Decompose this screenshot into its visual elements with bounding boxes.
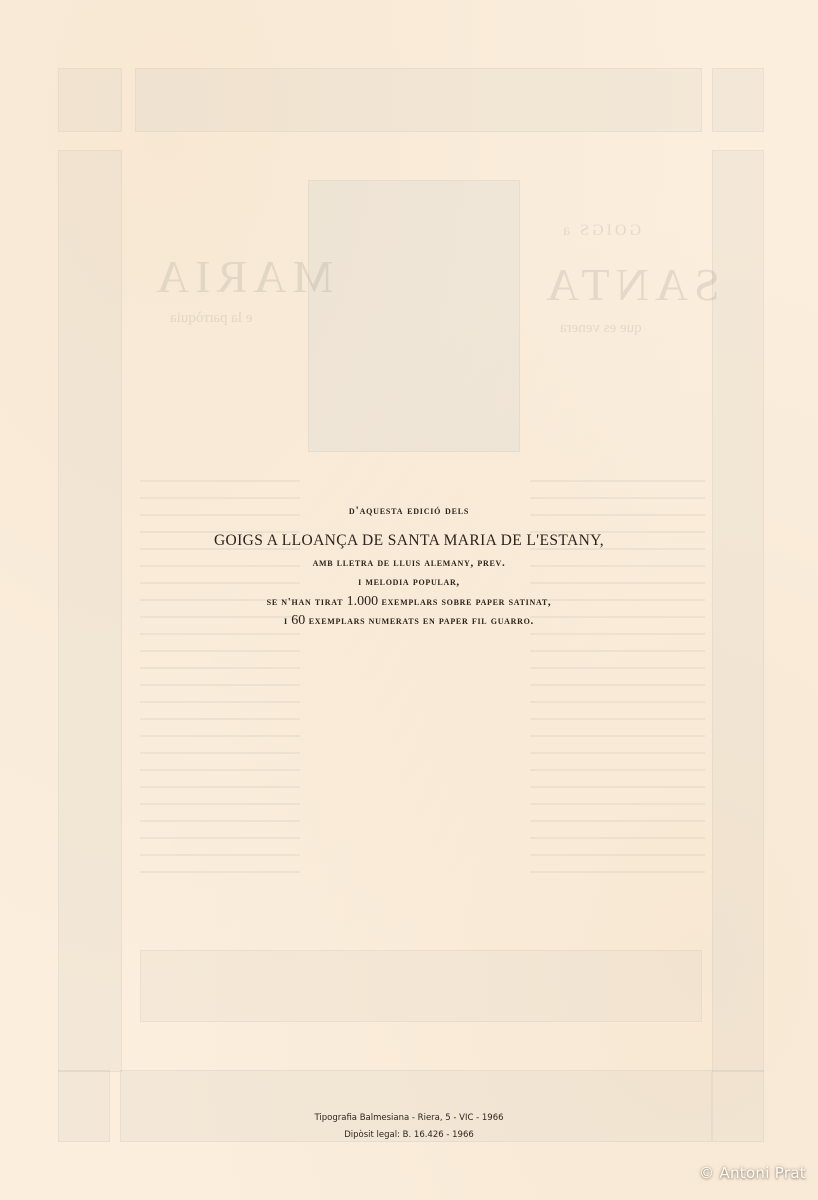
printer-address: Tipografia Balmesiana - Riera, 5 - VIC -…: [0, 1110, 818, 1127]
legal-deposit: Dipòsit legal: B. 16.426 - 1966: [0, 1127, 818, 1144]
numbered-copies-count: 60: [291, 613, 305, 628]
copyright-watermark: © Antoni Prat: [699, 1164, 806, 1182]
colophon-melody-line: i melodia popular,: [0, 573, 818, 592]
print-run-count: 1.000: [347, 594, 379, 609]
colophon-numbered-line: i 60 exemplars numerats en paper fil gua…: [0, 611, 818, 630]
colophon-text: amb lletra de lluis alemany, prev.: [313, 557, 506, 569]
show-through-text: que es venera: [560, 320, 642, 337]
colophon-text: exemplars sobre paper satinat,: [378, 596, 551, 608]
show-through-text: e la parròquia: [170, 310, 252, 327]
scanned-page: MARIA SANTA GOIGS a e la parròquia que e…: [0, 0, 818, 1200]
show-through-ornament: [712, 68, 764, 132]
colophon-text: se n'han tirat: [267, 596, 347, 608]
colophon-author-line: amb lletra de lluis alemany, prev.: [0, 554, 818, 573]
colophon-intro: d'aquesta edició dels: [0, 500, 818, 520]
show-through-text: SANTA: [540, 258, 720, 311]
colophon-print-run-line: se n'han tirat 1.000 exemplars sobre pap…: [0, 592, 818, 611]
show-through-ornament: [58, 68, 122, 132]
show-through-text: GOIGS a: [560, 222, 641, 240]
colophon-text: i melodia popular,: [358, 576, 460, 588]
show-through-text: MARIA: [150, 250, 333, 303]
printer-imprint: Tipografia Balmesiana - Riera, 5 - VIC -…: [0, 1110, 818, 1144]
show-through-music-staff: [140, 950, 702, 1022]
colophon-text: exemplars numerats en paper fil guarro.: [305, 615, 534, 627]
show-through-ornament: [135, 68, 702, 132]
colophon: d'aquesta edició dels GOIGS A LLOANÇA DE…: [0, 500, 818, 630]
colophon-title: GOIGS A LLOANÇA DE SANTA MARIA DE L'ESTA…: [0, 528, 818, 554]
show-through-engraving: [308, 180, 520, 452]
